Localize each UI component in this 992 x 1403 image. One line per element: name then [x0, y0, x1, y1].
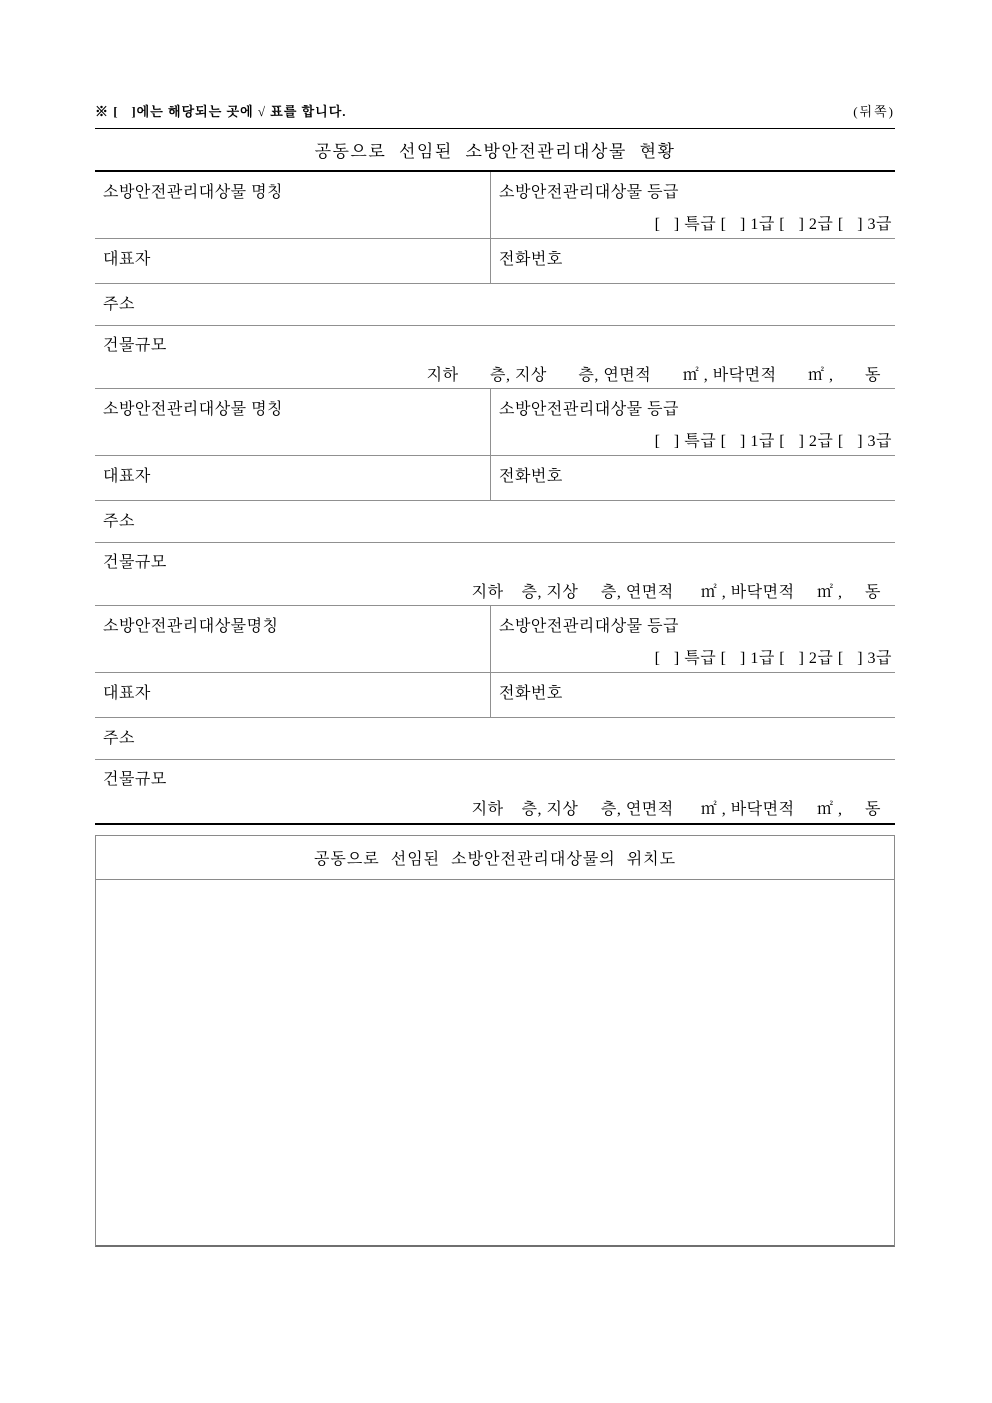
target-grade-cell: 소방안전관리대상물 등급 [ ] 특급 [ ] 1급 [ ] 2급 [ ] 3급: [490, 606, 895, 672]
address-row: 주소: [95, 501, 895, 543]
building-scale-label: 건물규모: [103, 337, 167, 354]
representative-input[interactable]: [155, 463, 195, 481]
grade-checkbox-options[interactable]: [ ] 특급 [ ] 1급 [ ] 2급 [ ] 3급: [499, 428, 895, 451]
phone-input[interactable]: [567, 463, 607, 481]
target-name-label: 소방안전관리대상물 명칭: [103, 184, 283, 201]
location-map-title: 공동으로 선임된 소방안전관리대상물의 위치도: [96, 836, 894, 880]
address-input[interactable]: [139, 508, 179, 526]
address-input[interactable]: [139, 725, 179, 743]
page-side-indicator: (뒤쪽): [853, 101, 895, 120]
building-scale-detail[interactable]: 지하 층, 지상 층, 연면적 ㎡ , 바닥면적 ㎡ , 동: [103, 796, 895, 819]
representative-phone-row: 대표자 전화번호: [95, 456, 895, 501]
target-name-grade-row: 소방안전관리대상물 명칭 소방안전관리대상물 등급 [ ] 특급 [ ] 1급 …: [95, 172, 895, 239]
location-map-box: 공동으로 선임된 소방안전관리대상물의 위치도: [95, 835, 895, 1247]
address-label: 주소: [103, 296, 135, 313]
target-grade-cell: 소방안전관리대상물 등급 [ ] 특급 [ ] 1급 [ ] 2급 [ ] 3급: [490, 389, 895, 455]
phone-cell: 전화번호: [490, 673, 895, 717]
checkbox-instruction-note: ※ [ ]에는 해당되는 곳에 √ 표를 합니다.: [95, 101, 347, 120]
target-grade-label: 소방안전관리대상물 등급: [499, 184, 679, 201]
phone-input[interactable]: [567, 680, 607, 698]
target-name-input[interactable]: [288, 179, 328, 197]
representative-input[interactable]: [155, 680, 195, 698]
target-name-grade-row: 소방안전관리대상물 명칭 소방안전관리대상물 등급 [ ] 특급 [ ] 1급 …: [95, 389, 895, 456]
address-input[interactable]: [139, 291, 179, 309]
target-name-label: 소방안전관리대상물명칭: [103, 618, 279, 635]
building-scale-row: 건물규모 지하 층, 지상 층, 연면적 ㎡ , 바닥면적 ㎡ , 동: [95, 326, 895, 389]
address-label: 주소: [103, 513, 135, 530]
phone-input[interactable]: [567, 246, 607, 264]
building-scale-row: 건물규모 지하 층, 지상 층, 연면적 ㎡ , 바닥면적 ㎡ , 동: [95, 543, 895, 606]
target-name-cell: 소방안전관리대상물명칭: [95, 606, 490, 672]
building-scale-label: 건물규모: [103, 554, 167, 571]
target-name-cell: 소방안전관리대상물 명칭: [95, 389, 490, 455]
phone-label: 전화번호: [499, 685, 563, 702]
representative-cell: 대표자: [95, 673, 490, 717]
grade-checkbox-options[interactable]: [ ] 특급 [ ] 1급 [ ] 2급 [ ] 3급: [499, 211, 895, 234]
target-grade-label: 소방안전관리대상물 등급: [499, 401, 679, 418]
address-label: 주소: [103, 730, 135, 747]
target-name-cell: 소방안전관리대상물 명칭: [95, 172, 490, 238]
target-name-input[interactable]: [283, 613, 323, 631]
representative-label: 대표자: [103, 685, 151, 702]
representative-input[interactable]: [155, 246, 195, 264]
form-page-back: ※ [ ]에는 해당되는 곳에 √ 표를 합니다. (뒤쪽) 공동으로 선임된 …: [0, 0, 992, 1403]
header-note-row: ※ [ ]에는 해당되는 곳에 √ 표를 합니다. (뒤쪽): [95, 101, 895, 120]
target-grade-cell: 소방안전관리대상물 등급 [ ] 특급 [ ] 1급 [ ] 2급 [ ] 3급: [490, 172, 895, 238]
representative-phone-row: 대표자 전화번호: [95, 239, 895, 284]
representative-cell: 대표자: [95, 456, 490, 500]
phone-label: 전화번호: [499, 251, 563, 268]
target-name-input[interactable]: [288, 396, 328, 414]
building-scale-detail[interactable]: 지하 층, 지상 층, 연면적 ㎡ , 바닥면적 ㎡ , 동: [103, 362, 895, 385]
representative-cell: 대표자: [95, 239, 490, 283]
target-grade-label: 소방안전관리대상물 등급: [499, 618, 679, 635]
address-row: 주소: [95, 718, 895, 760]
form-title: 공동으로 선임된 소방안전관리대상물 현황: [95, 128, 895, 170]
representative-phone-row: 대표자 전화번호: [95, 673, 895, 718]
address-row: 주소: [95, 284, 895, 326]
management-targets-table: 소방안전관리대상물 명칭 소방안전관리대상물 등급 [ ] 특급 [ ] 1급 …: [95, 170, 895, 825]
building-scale-row: 건물규모 지하 층, 지상 층, 연면적 ㎡ , 바닥면적 ㎡ , 동: [95, 760, 895, 823]
phone-cell: 전화번호: [490, 456, 895, 500]
phone-label: 전화번호: [499, 468, 563, 485]
location-map-drawing-area[interactable]: [96, 880, 894, 1246]
grade-checkbox-options[interactable]: [ ] 특급 [ ] 1급 [ ] 2급 [ ] 3급: [499, 645, 895, 668]
building-scale-detail[interactable]: 지하 층, 지상 층, 연면적 ㎡ , 바닥면적 ㎡ , 동: [103, 579, 895, 602]
building-scale-label: 건물규모: [103, 771, 167, 788]
target-name-label: 소방안전관리대상물 명칭: [103, 401, 283, 418]
representative-label: 대표자: [103, 468, 151, 485]
target-name-grade-row: 소방안전관리대상물명칭 소방안전관리대상물 등급 [ ] 특급 [ ] 1급 […: [95, 606, 895, 673]
phone-cell: 전화번호: [490, 239, 895, 283]
representative-label: 대표자: [103, 251, 151, 268]
